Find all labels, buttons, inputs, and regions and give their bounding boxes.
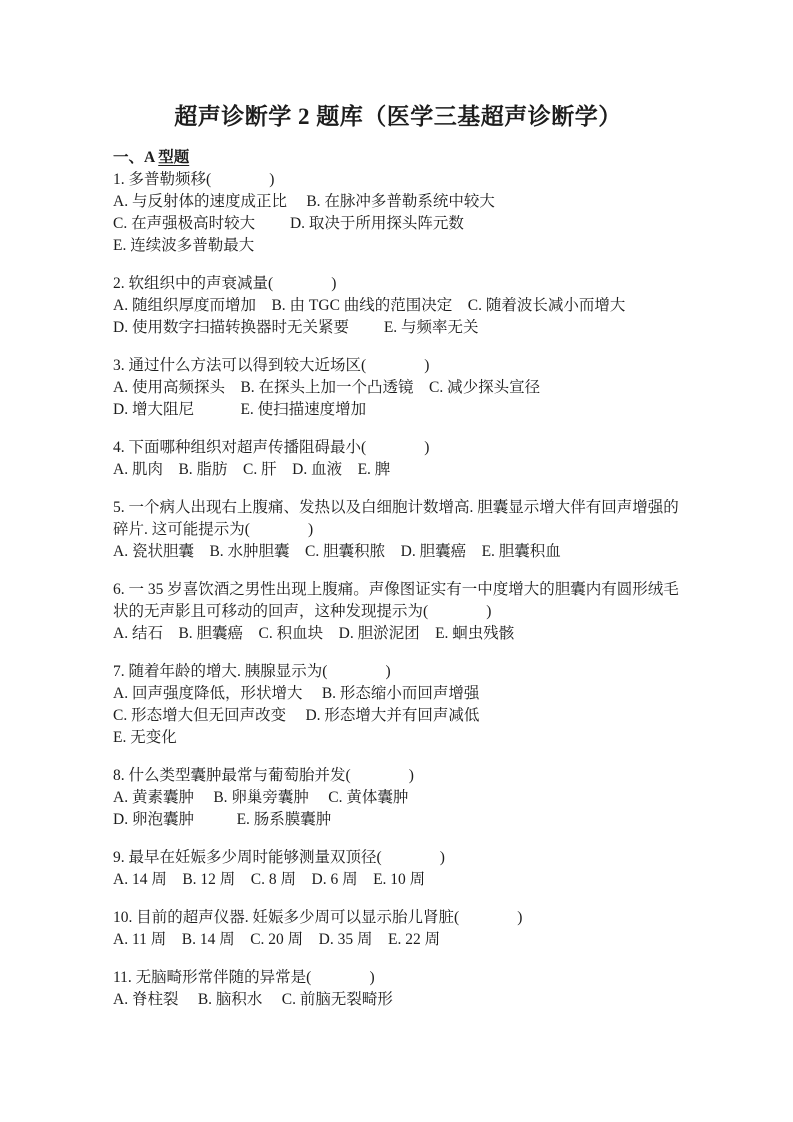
question-6-line-2: 状的无声影且可移动的回声，这种发现提示为( ): [113, 601, 683, 623]
question-5-line-1: 5. 一个病人出现右上腹痛、发热以及白细胞计数增高. 胆囊显示增大伴有回声增强的: [113, 497, 683, 519]
question-2: 2. 软组织中的声衰减量( )A. 随组织厚度而增加 B. 由 TGC 曲线的范…: [113, 273, 683, 339]
question-6: 6. 一 35 岁喜饮酒之男性出现上腹痛。声像图证实有一中度增大的胆囊内有圆形绒…: [113, 579, 683, 645]
document-page: 超声诊断学 2 题库（医学三基超声诊断学） 一、A 型题 1. 多普勒频移( )…: [0, 0, 793, 1122]
question-1-line-2: A. 与反射体的速度成正比 B. 在脉冲多普勒系统中较大: [113, 191, 683, 213]
question-2-line-2: A. 随组织厚度而增加 B. 由 TGC 曲线的范围决定 C. 随着波长减小而增…: [113, 295, 683, 317]
page-title: 超声诊断学 2 题库（医学三基超声诊断学）: [113, 100, 683, 134]
question-6-line-1: 6. 一 35 岁喜饮酒之男性出现上腹痛。声像图证实有一中度增大的胆囊内有圆形绒…: [113, 579, 683, 601]
question-3-line-1: 3. 通过什么方法可以得到较大近场区( ): [113, 355, 683, 377]
question-5: 5. 一个病人出现右上腹痛、发热以及白细胞计数增高. 胆囊显示增大伴有回声增强的…: [113, 497, 683, 563]
question-3-line-2: A. 使用高频探头 B. 在探头上加一个凸透镜 C. 减少探头宣径: [113, 377, 683, 399]
question-4-line-1: 4. 下面哪种组织对超声传播阻碍最小( ): [113, 437, 683, 459]
question-11: 11. 无脑畸形常伴随的异常是( )A. 脊柱裂 B. 脑积水 C. 前脑无裂畸…: [113, 967, 683, 1011]
section-heading-underlined-label: 型题: [158, 149, 189, 166]
question-3-line-3: D. 增大阻尼 E. 使扫描速度增加: [113, 399, 683, 421]
question-7-line-1: 7. 随着年龄的增大. 胰腺显示为( ): [113, 661, 683, 683]
question-1-line-3: C. 在声强极高时较大 D. 取决于所用探头阵元数: [113, 213, 683, 235]
question-7-line-2: A. 回声强度降低，形状增大 B. 形态缩小而回声增强: [113, 683, 683, 705]
question-5-line-2: 碎片. 这可能提示为( ): [113, 519, 683, 541]
question-10-line-2: A. 11 周 B. 14 周 C. 20 周 D. 35 周 E. 22 周: [113, 929, 683, 951]
question-3: 3. 通过什么方法可以得到较大近场区( )A. 使用高频探头 B. 在探头上加一…: [113, 355, 683, 421]
section-heading-prefix: 一、A: [113, 149, 158, 166]
question-7: 7. 随着年龄的增大. 胰腺显示为( )A. 回声强度降低，形状增大 B. 形态…: [113, 661, 683, 749]
question-1: 1. 多普勒频移( )A. 与反射体的速度成正比 B. 在脉冲多普勒系统中较大C…: [113, 169, 683, 257]
questions-list: 1. 多普勒频移( )A. 与反射体的速度成正比 B. 在脉冲多普勒系统中较大C…: [113, 169, 683, 1011]
question-7-line-3: C. 形态增大但无回声改变 D. 形态增大并有回声减低: [113, 705, 683, 727]
question-6-line-3: A. 结石 B. 胆囊癌 C. 积血块 D. 胆淤泥团 E. 蛔虫残骸: [113, 623, 683, 645]
question-9-line-2: A. 14 周 B. 12 周 C. 8 周 D. 6 周 E. 10 周: [113, 869, 683, 891]
question-9: 9. 最早在妊娠多少周时能够测量双顶径( )A. 14 周 B. 12 周 C.…: [113, 847, 683, 891]
question-1-line-1: 1. 多普勒频移( ): [113, 169, 683, 191]
question-8-line-1: 8. 什么类型囊肿最常与葡萄胎并发( ): [113, 765, 683, 787]
question-8-line-2: A. 黄素囊肿 B. 卵巢旁囊肿 C. 黄体囊肿: [113, 787, 683, 809]
question-9-line-1: 9. 最早在妊娠多少周时能够测量双顶径( ): [113, 847, 683, 869]
question-10-line-1: 10. 目前的超声仪器. 妊娠多少周可以显示胎儿肾脏( ): [113, 907, 683, 929]
question-11-line-2: A. 脊柱裂 B. 脑积水 C. 前脑无裂畸形: [113, 989, 683, 1011]
question-4: 4. 下面哪种组织对超声传播阻碍最小( )A. 肌肉 B. 脂肪 C. 肝 D.…: [113, 437, 683, 481]
question-4-line-2: A. 肌肉 B. 脂肪 C. 肝 D. 血液 E. 脾: [113, 459, 683, 481]
question-1-line-4: E. 连续波多普勒最大: [113, 235, 683, 257]
section-heading: 一、A 型题: [113, 147, 683, 169]
question-8: 8. 什么类型囊肿最常与葡萄胎并发( )A. 黄素囊肿 B. 卵巢旁囊肿 C. …: [113, 765, 683, 831]
question-2-line-3: D. 使用数字扫描转换器时无关紧要 E. 与频率无关: [113, 317, 683, 339]
question-7-line-4: E. 无变化: [113, 727, 683, 749]
question-11-line-1: 11. 无脑畸形常伴随的异常是( ): [113, 967, 683, 989]
question-5-line-3: A. 瓷状胆囊 B. 水肿胆囊 C. 胆囊积脓 D. 胆囊癌 E. 胆囊积血: [113, 541, 683, 563]
question-2-line-1: 2. 软组织中的声衰减量( ): [113, 273, 683, 295]
question-10: 10. 目前的超声仪器. 妊娠多少周可以显示胎儿肾脏( )A. 11 周 B. …: [113, 907, 683, 951]
question-8-line-3: D. 卵泡囊肿 E. 肠系膜囊肿: [113, 809, 683, 831]
